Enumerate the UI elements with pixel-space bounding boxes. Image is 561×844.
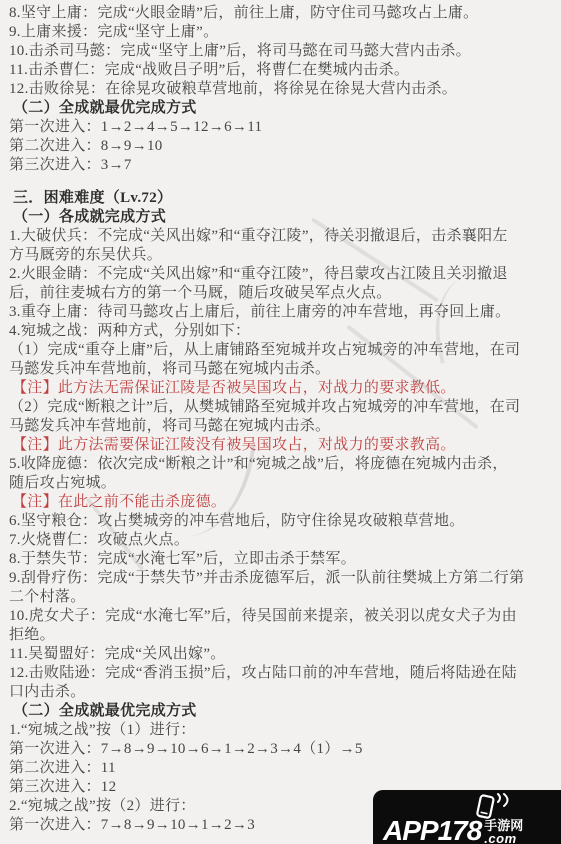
text-line: 二个村落。 [9,588,557,607]
text-line: 8.于禁失节：完成“水淹七军”后，立即击杀于禁军。 [9,550,557,569]
app178-badge: APP178 手游网 .com [373,790,561,844]
text-line: （一）各成就完成方式 [9,208,557,227]
text-line: （二）全成就最优完成方式 [9,702,557,721]
text-line: 3.重夺上庸：待司马懿攻占上庸后，前往上庸旁的冲车营地，再夺回上庸。 [9,303,557,322]
document-lines: 8.坚守上庸：完成“火眼金睛”后，前往上庸，防守住司马懿攻占上庸。9.上庸来援：… [9,4,557,835]
text-line: 【注】在此之前不能击杀庞德。 [9,493,557,512]
text-line: 11.吴蜀盟好：完成“关风出嫁”。 [9,645,557,664]
text-line: 9.刮骨疗伤：完成“于禁失节”并击杀庞德军后，派一队前往樊城上方第二行第 [9,569,557,588]
text-line: 拒绝。 [9,626,557,645]
text-line: 1.“宛城之战”按（1）进行： [9,721,557,740]
text-line: 11.击杀曹仁：完成“战败吕子明”后，将曹仁在樊城内击杀。 [9,61,557,80]
text-line: 1.大破伏兵：不完成“关风出嫁”和“重夺江陵”，待关羽撤退后，击杀襄阳左 [9,227,557,246]
text-line: 第一次进入：1→2→4→5→12→6→11 [9,118,557,137]
text-line: 三．困难难度（Lv.72） [9,189,557,208]
text-line: （二）全成就最优完成方式 [9,99,557,118]
text-line: 第三次进入：3→7 [9,156,557,175]
text-line: 随后攻占宛城。 [9,474,557,493]
text-line: 6.坚守粮仓：攻占樊城旁的冲车营地后，防守住徐晃攻破粮草营地。 [9,512,557,531]
text-line: 后，前往麦城右方的第一个马厩，随后攻破吴军点火点。 [9,284,557,303]
text-line: 2.火眼金睛：不完成“关风出嫁”和“重夺江陵”，待吕蒙攻占江陵且关羽撤退 [9,265,557,284]
badge-brand: APP178 [383,817,481,844]
text-line: 10.虎女犬子：完成“水淹七军”后，待吴国前来提亲，被关羽以虎女犬子为由 [9,607,557,626]
text-line: 10.击杀司马懿：完成“坚守上庸”后，将司马懿在司马懿大营内击杀。 [9,42,557,61]
document-page: 8.坚守上庸：完成“火眼金睛”后，前往上庸，防守住司马懿攻占上庸。9.上庸来援：… [0,0,561,844]
text-line: 口内击杀。 [9,683,557,702]
text-line: 马懿发兵冲车营地前，将司马懿在宛城内击杀。 [9,360,557,379]
text-line: 12.击败陆逊：完成“香消玉损”后，攻占陆口前的冲车营地，随后将陆逊在陆 [9,664,557,683]
text-line: 【注】此方法需要保证江陵没有被吴国攻占，对战力的要求教高。 [9,436,557,455]
text-line: 第二次进入：11 [9,759,557,778]
text-line: （1）完成“重夺上庸”后，从上庸铺路至宛城并攻占宛城旁的冲车营地，在司 [9,341,557,360]
text-line: 9.上庸来援：完成“坚守上庸”。 [9,23,557,42]
text-line: 第二次进入：8→9→10 [9,137,557,156]
badge-text: APP178 手游网 .com [383,817,523,844]
text-line: 8.坚守上庸：完成“火眼金睛”后，前往上庸，防守住司马懿攻占上庸。 [9,4,557,23]
text-line: 5.收降庞德：依次完成“断粮之计”和“宛城之战”后，将庞德在宛城内击杀， [9,455,557,474]
text-line: 方马厩旁的东吴伏兵。 [9,246,557,265]
badge-domain: .com [484,832,523,844]
text-line: 第一次进入：7→8→9→10→6→1→2→3→4（1）→5 [9,740,557,759]
text-line: 7.火烧曹仁：攻破点火点。 [9,531,557,550]
text-line: （2）完成“断粮之计”后，从樊城铺路至宛城并攻占宛城旁的冲车营地，在司 [9,398,557,417]
text-line: 【注】此方法无需保证江陵是否被吴国攻占，对战力的要求教低。 [9,379,557,398]
text-line: 12.击败徐晃：在徐晃攻破粮草营地前，将徐晃在徐晃大营内击杀。 [9,80,557,99]
text-line: 马懿发兵冲车营地前，将司马懿在宛城内击杀。 [9,417,557,436]
text-line: 4.宛城之战：两种方式，分别如下： [9,322,557,341]
line-gap [9,175,557,189]
badge-suffix: 手游网 .com [484,819,523,844]
